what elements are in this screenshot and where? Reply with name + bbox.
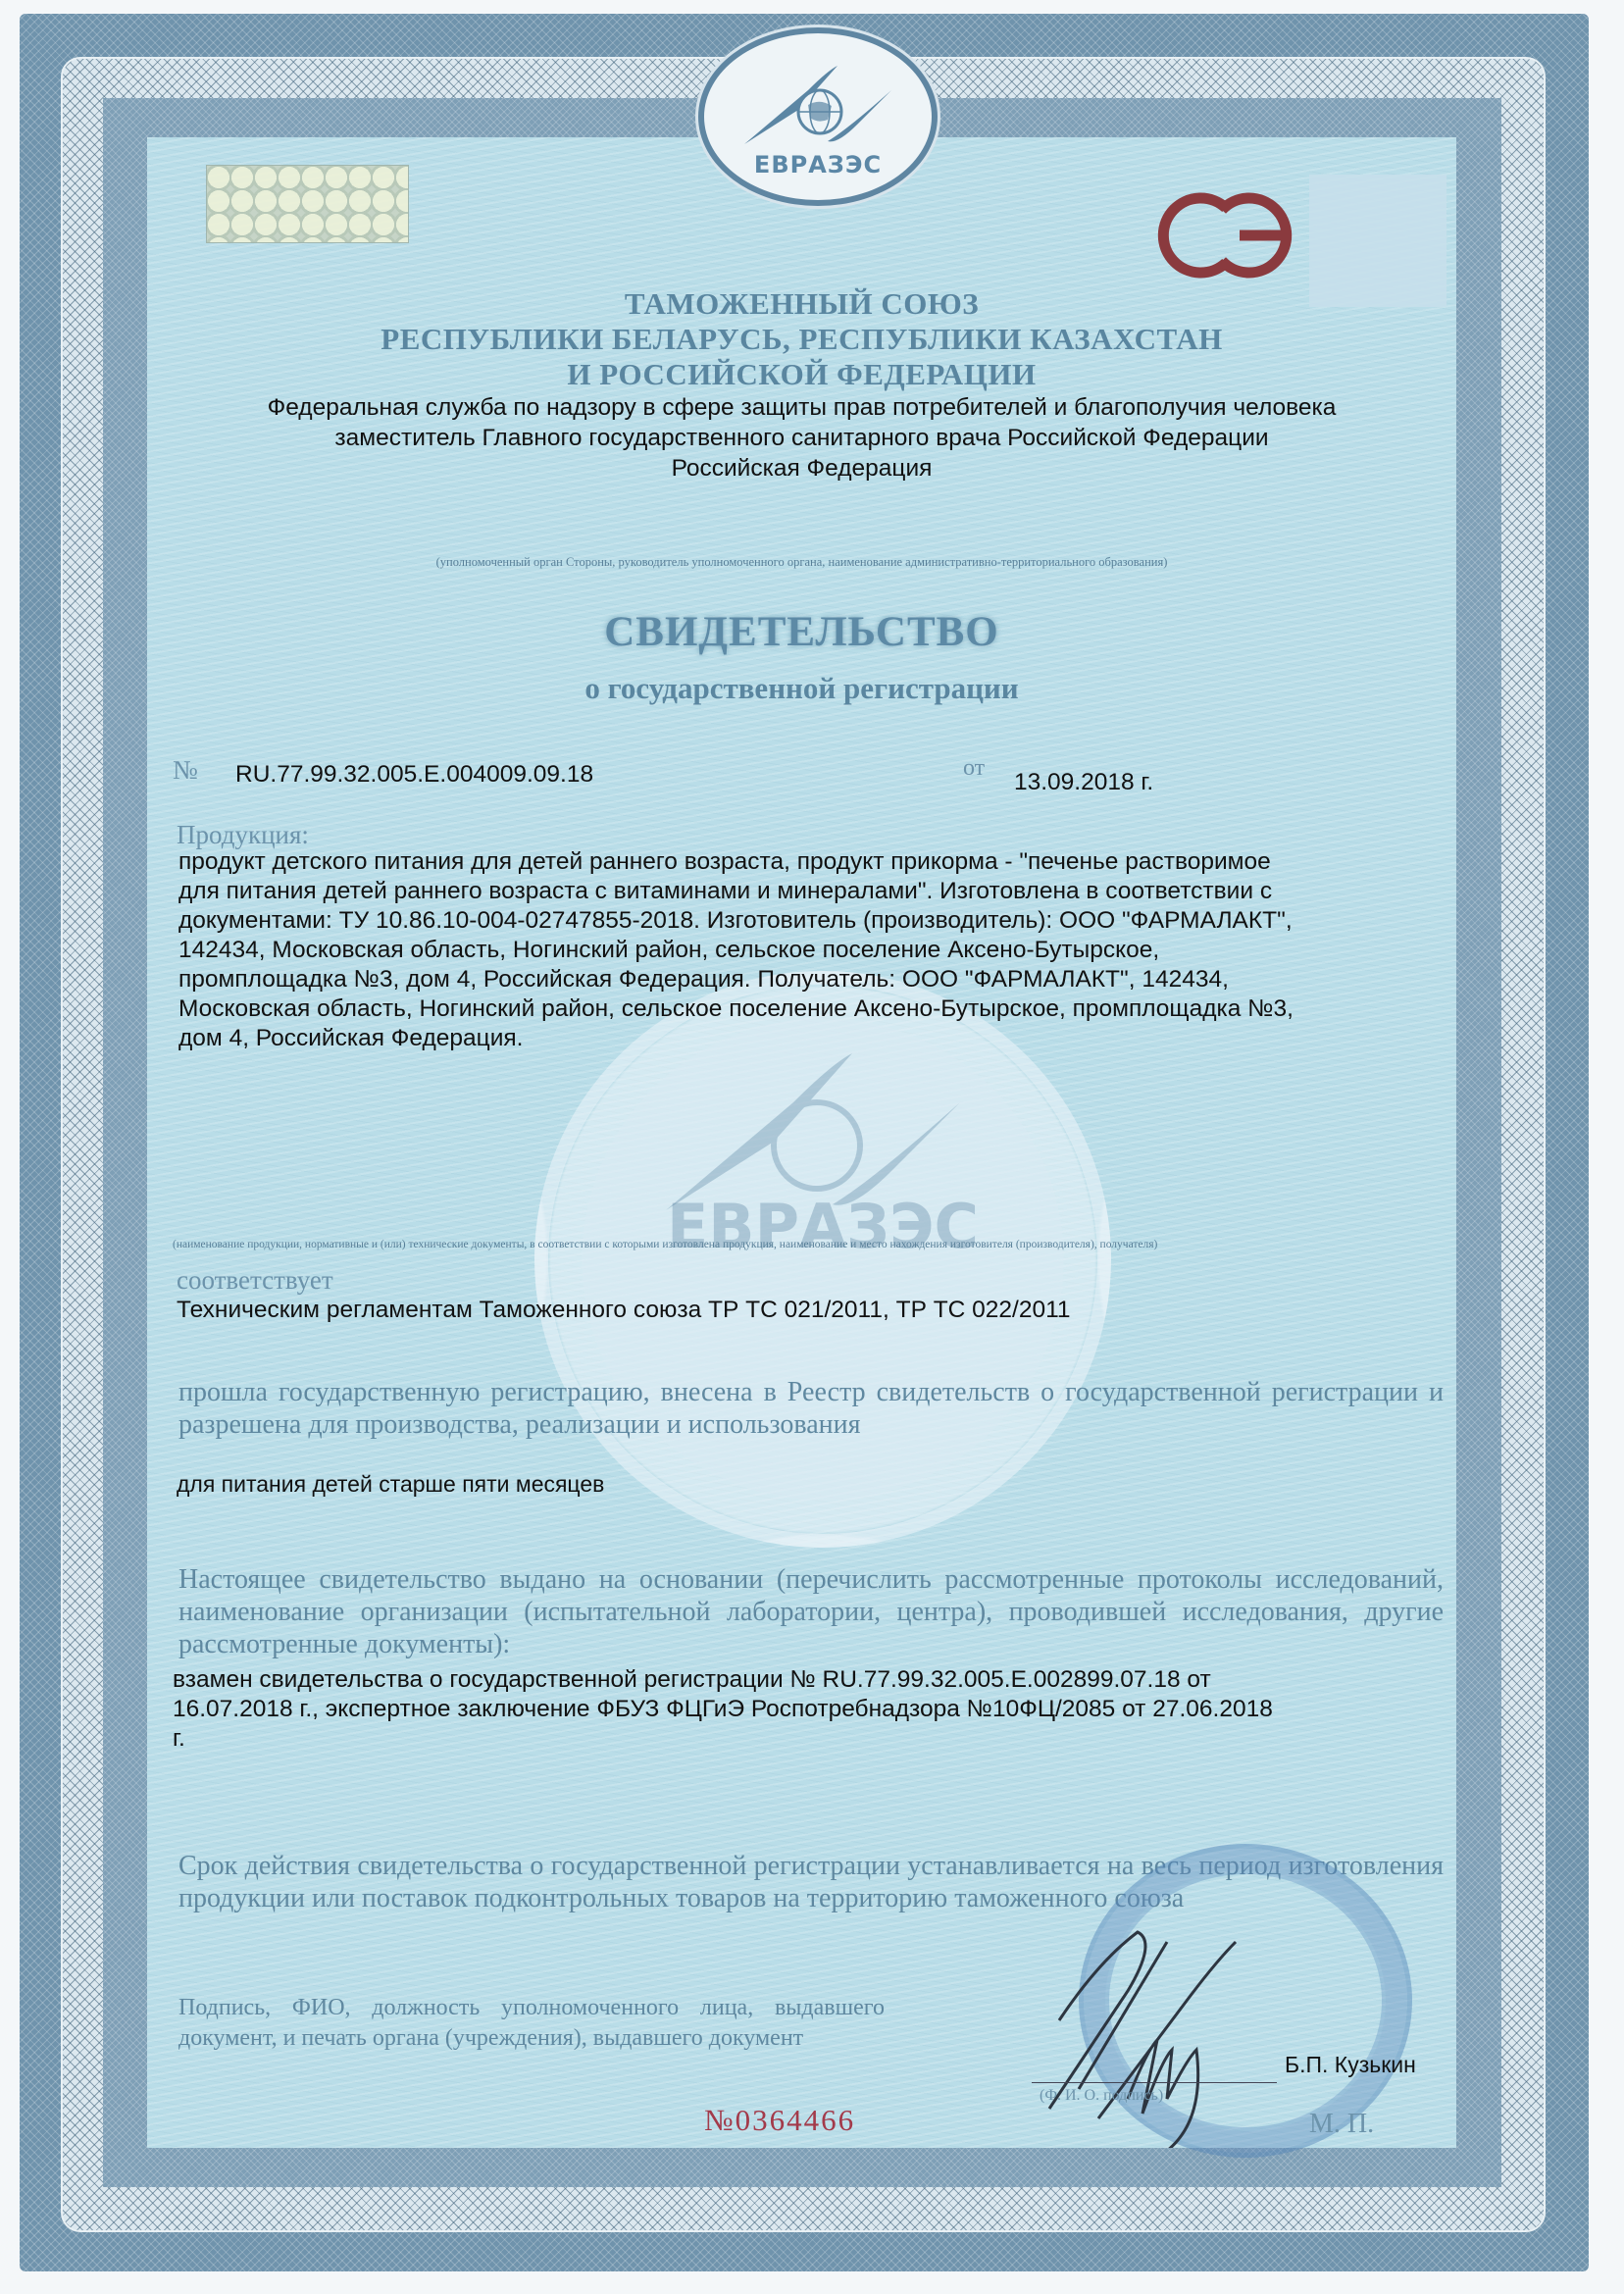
product-caption: (наименование продукции, нормативные и (… xyxy=(173,1239,1467,1250)
product-label: Продукция: xyxy=(177,820,309,850)
union-line-2: РЕСПУБЛИКИ БЕЛАРУСЬ, РЕСПУБЛИКИ КАЗАХСТА… xyxy=(147,322,1456,357)
form-serial-number: №0364466 xyxy=(704,2103,855,2138)
basis-documents: взамен свидетельства о государственной р… xyxy=(173,1665,1447,1754)
seal-label: М. П. xyxy=(1309,2109,1374,2140)
union-line-1: ТАМОЖЕННЫЙ СОЮЗ xyxy=(147,286,1456,322)
certificate-title: СВИДЕТЕЛЬСТВО xyxy=(147,608,1456,656)
registration-usage: для питания детей старше пяти месяцев xyxy=(177,1471,604,1498)
eurasec-emblem: ЕВРАЗЭС xyxy=(698,27,938,206)
handwritten-signature-icon xyxy=(1040,1903,1255,2148)
product-line: продукт детского питания для детей ранне… xyxy=(178,847,1453,877)
basis-text: Настоящее свидетельство выдано на основа… xyxy=(178,1563,1444,1660)
authority-line-1: Федеральная служба по надзору в сфере за… xyxy=(147,392,1456,423)
product-line: 142434, Московская область, Ногинский ра… xyxy=(178,936,1453,965)
product-line: документами: ТУ 10.86.10-004-02747855-20… xyxy=(178,906,1453,936)
basis-line: 16.07.2018 г., экспертное заключение ФБУ… xyxy=(173,1695,1447,1724)
product-line: Московская область, Ногинский район, сел… xyxy=(178,994,1453,1024)
basis-line: г. xyxy=(173,1724,1447,1754)
signature-line xyxy=(1032,2082,1277,2083)
certificate-number: RU.77.99.32.005.Е.004009.09.18 xyxy=(235,761,593,789)
signatory-name: Б.П. Кузькин xyxy=(1285,2052,1416,2078)
product-line: промплощадка №3, дом 4, Российская Федер… xyxy=(178,965,1453,994)
watermark-label: ЕВРАЗЭС xyxy=(548,1191,1097,1262)
signature-caption: (Ф. И. О. подпись) xyxy=(1040,2087,1163,2105)
conformity-value: Техническим регламентам Таможенного союз… xyxy=(177,1297,1071,1324)
basis-line: взамен свидетельства о государственной р… xyxy=(173,1665,1447,1695)
union-line-3: И РОССИЙСКОЙ ФЕДЕРАЦИИ xyxy=(147,357,1456,392)
conformity-label: соответствует xyxy=(177,1265,333,1296)
eurasec-logo-icon xyxy=(739,51,896,149)
authority-line-2: заместитель Главного государственного са… xyxy=(147,423,1456,453)
certificate-date: 13.09.2018 г. xyxy=(1014,769,1153,796)
signature-label: Подпись, ФИО, должность уполномоченного … xyxy=(178,1993,885,2054)
emblem-label: ЕВРАЗЭС xyxy=(704,151,932,178)
certificate-subtitle: о государственной регистрации xyxy=(147,671,1456,706)
registration-text: прошла государственную регистрацию, внес… xyxy=(178,1376,1444,1441)
number-label: № xyxy=(173,755,198,786)
authority-line-3: Российская Федерация xyxy=(147,453,1456,484)
hologram-icon xyxy=(206,165,409,243)
product-line: дом 4, Российская Федерация. xyxy=(178,1024,1453,1053)
date-label: от xyxy=(963,755,985,782)
authority-caption: (уполномоченный орган Стороны, руководит… xyxy=(147,555,1456,570)
product-line: для питания детей раннего возраста с вит… xyxy=(178,877,1453,906)
eurasec-watermark: ЕВРАЗЭС xyxy=(534,971,1111,1548)
product-description: продукт детского питания для детей ранне… xyxy=(178,847,1453,1053)
eac-mark-icon xyxy=(1157,186,1294,284)
